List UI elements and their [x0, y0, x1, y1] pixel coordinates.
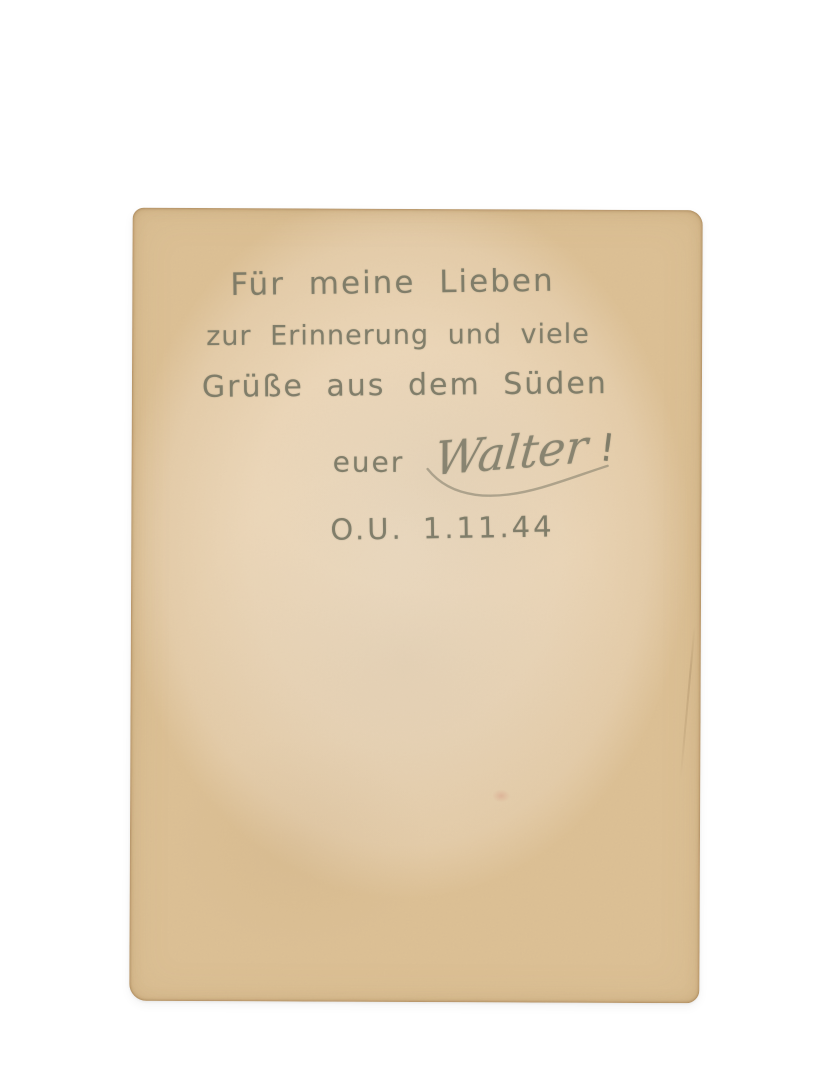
- closing-line: euerWalter!: [333, 429, 615, 484]
- handwriting-line-1: Für meine Lieben: [230, 263, 555, 303]
- paper-stain: [492, 789, 510, 802]
- handwriting-line-3: Grüße aus dem Süden: [202, 366, 608, 405]
- signature-exclamation: !: [597, 425, 618, 471]
- paper-crease: [679, 625, 695, 780]
- handwriting-line-2: zur Erinnerung und viele: [206, 319, 590, 352]
- photo-backdrop: Für meine Lieben zur Erinnerung und viel…: [0, 0, 840, 1069]
- postcard-back: Für meine Lieben zur Erinnerung und viel…: [129, 208, 702, 1003]
- signature: Walter: [432, 419, 590, 486]
- date-line: O.U. 1.11.44: [330, 509, 555, 546]
- closing-word: euer: [333, 446, 405, 479]
